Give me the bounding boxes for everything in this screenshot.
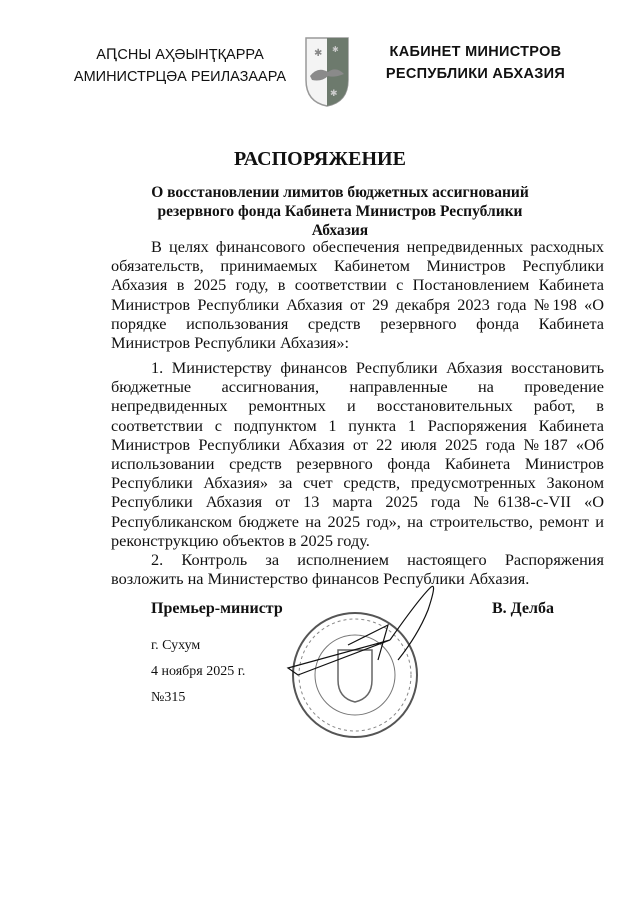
date: 4 ноября 2025 г.: [151, 664, 245, 680]
header-left-line2: АМИНИСТРЦӘА РЕИЛАЗААРА: [70, 66, 290, 88]
header-right: КАБИНЕТ МИНИСТРОВ РЕСПУБЛИКИ АБХАЗИЯ: [368, 41, 583, 85]
preamble: В целях финансового обеспечения непредви…: [111, 237, 604, 352]
signatory-name: В. Делба: [492, 600, 554, 618]
items: 1. Министерству финансов Республики Абха…: [111, 358, 604, 588]
document-title: РАСПОРЯЖЕНИЕ: [0, 148, 640, 171]
header-left-line1: АԤСНЫ АҲӘЫНҬҚАРРА: [70, 44, 290, 66]
item-1: 1. Министерству финансов Республики Абха…: [111, 358, 604, 550]
signatory-position: Премьер-министр: [151, 600, 283, 618]
preamble-text: В целях финансового обеспечения непредви…: [111, 237, 604, 352]
svg-text:✱: ✱: [330, 89, 338, 99]
city: г. Сухум: [151, 638, 200, 654]
header-left: АԤСНЫ АҲӘЫНҬҚАРРА АМИНИСТРЦӘА РЕИЛАЗААРА: [70, 44, 290, 88]
svg-text:✱: ✱: [314, 48, 322, 59]
official-seal-icon: [278, 580, 448, 750]
coat-of-arms-icon: ✱ ✱ ✱: [304, 36, 350, 108]
svg-text:✱: ✱: [332, 45, 339, 54]
header-right-line2: РЕСПУБЛИКИ АБХАЗИЯ: [368, 63, 583, 85]
header-right-line1: КАБИНЕТ МИНИСТРОВ: [368, 41, 583, 63]
doc-number: №315: [151, 690, 185, 706]
document-subtitle: О восстановлении лимитов бюджетных ассиг…: [130, 183, 550, 240]
